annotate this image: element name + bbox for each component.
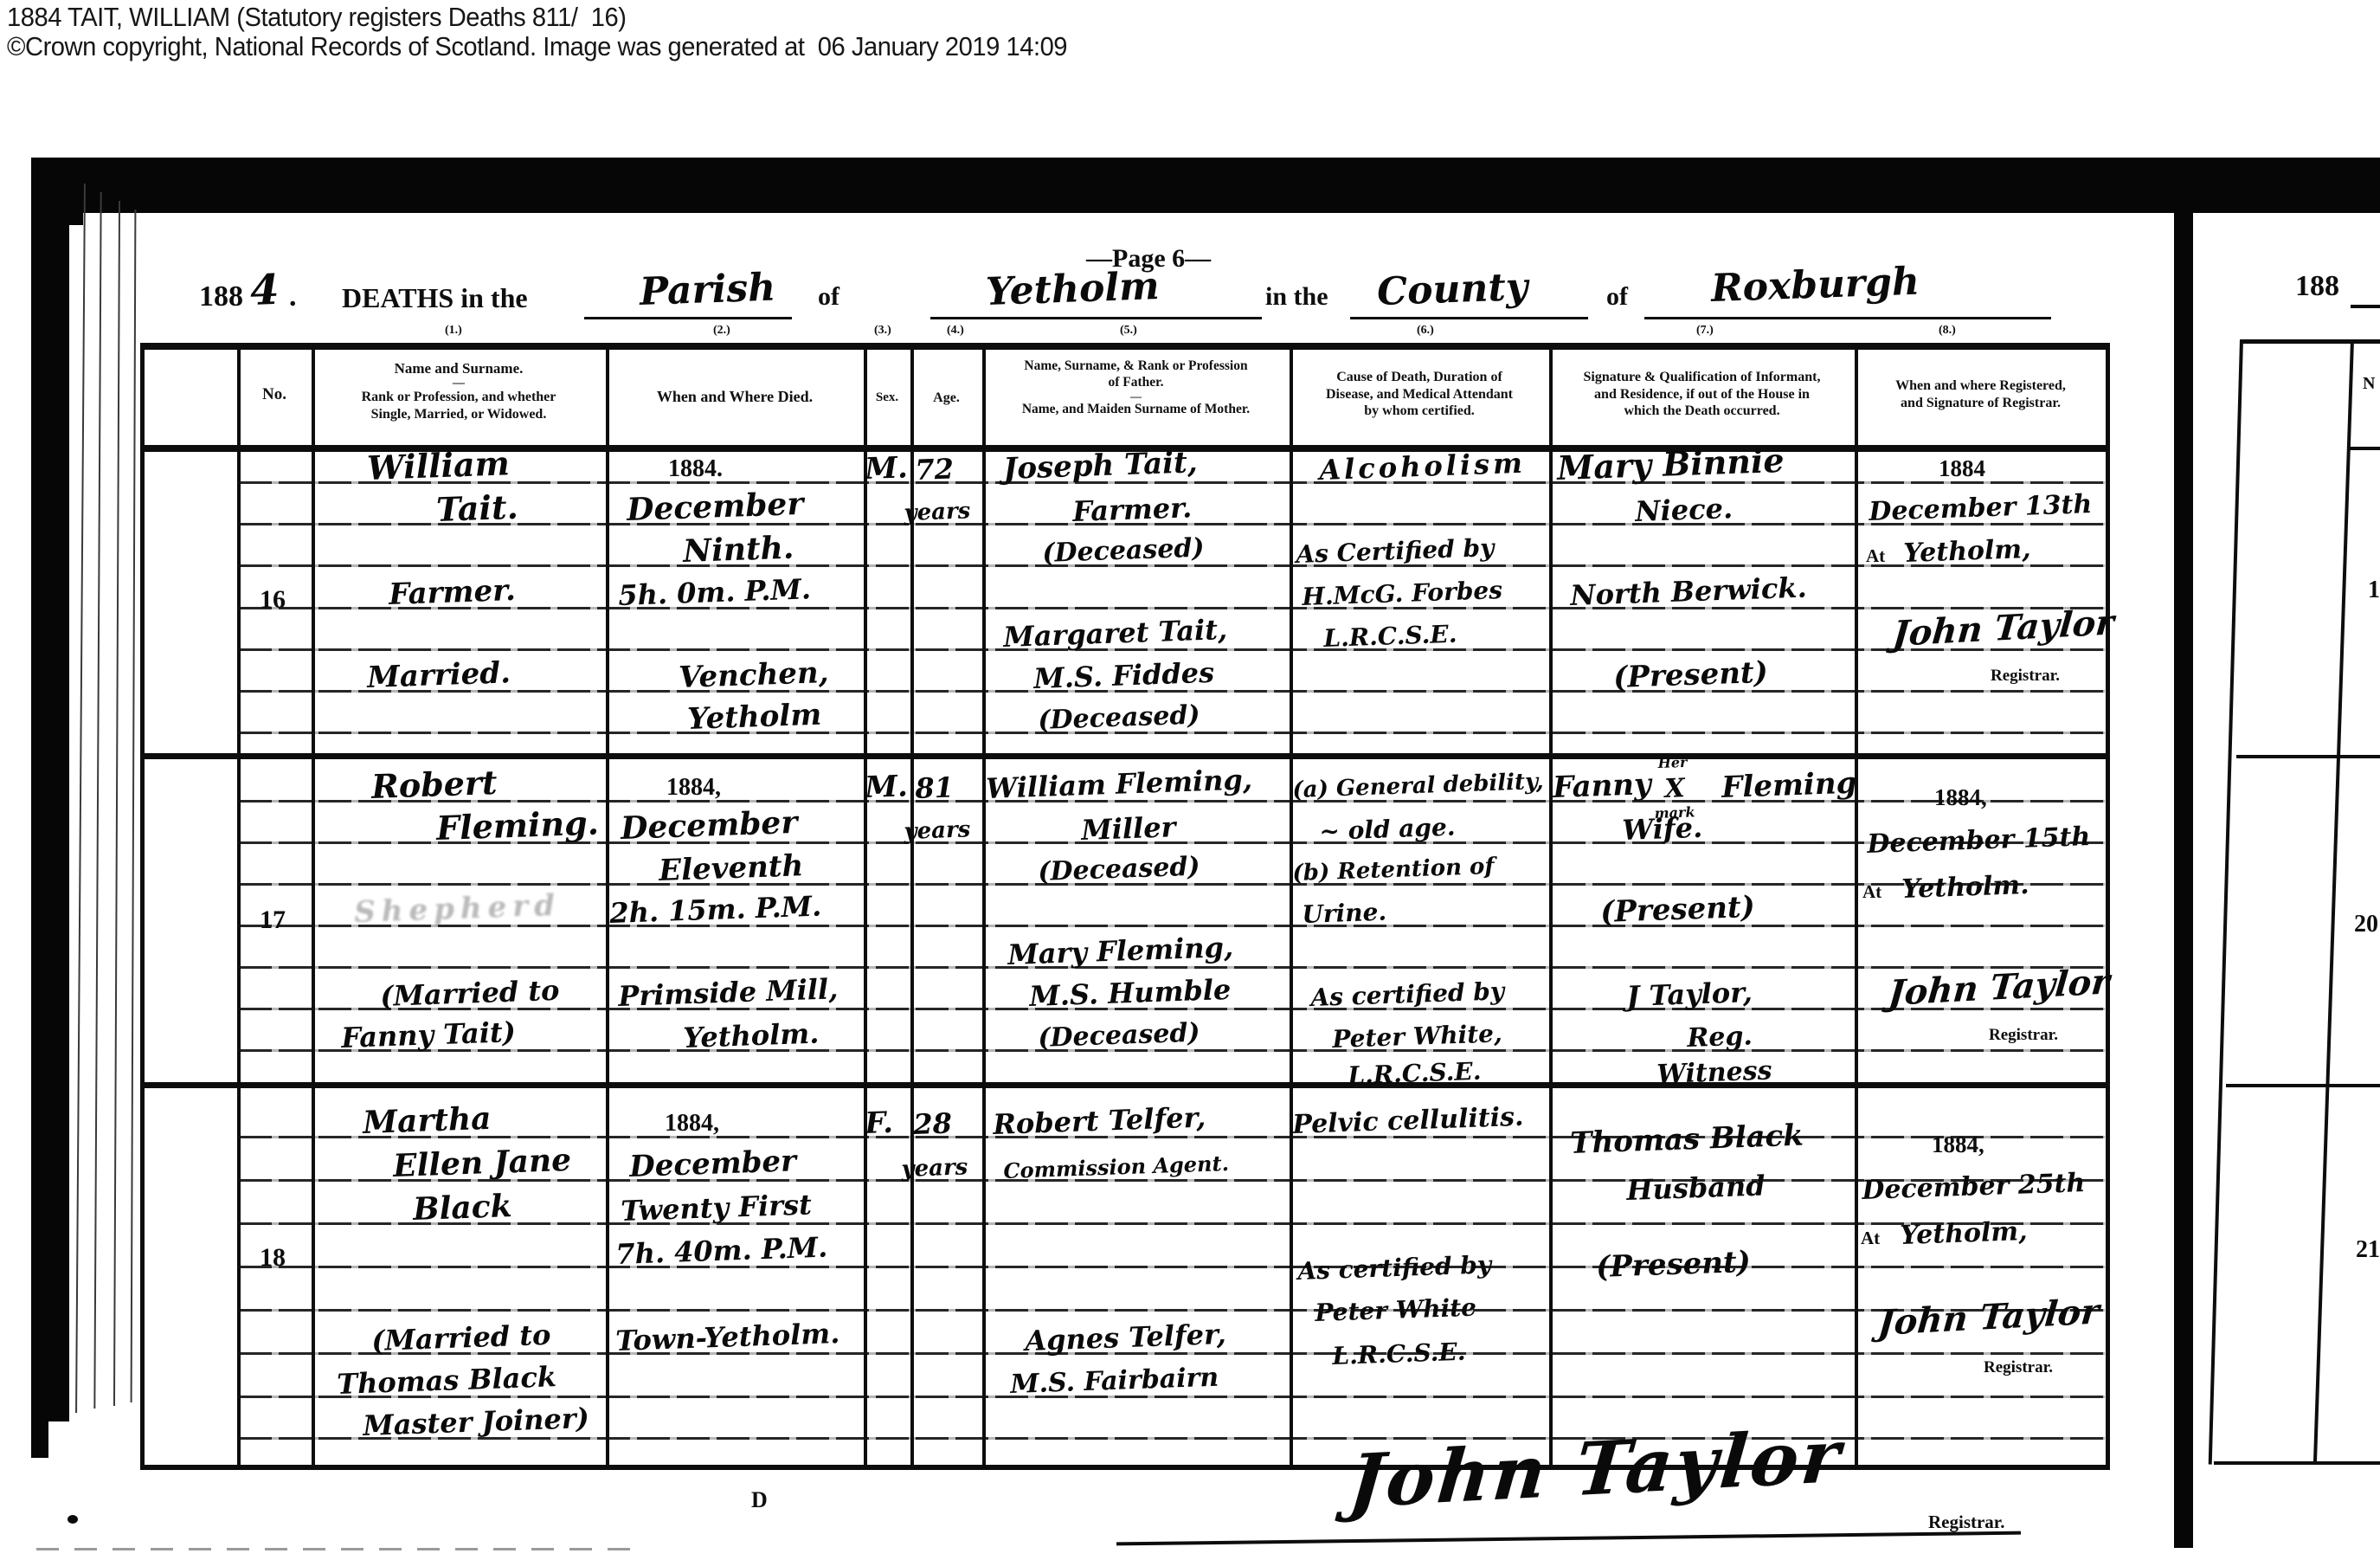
entry17-witness-reg: Reg. xyxy=(1687,1021,1753,1054)
entry16-informant-relation: Niece. xyxy=(1635,492,1734,528)
entry17-mother-deceased: (Deceased) xyxy=(1038,1017,1200,1054)
entry16-reg-year: 1884 xyxy=(1939,455,1985,482)
entry16-died-time: 5h. 0m. P.M. xyxy=(618,572,812,612)
entry18-cause: Pelvic cellulitis. xyxy=(1292,1102,1524,1140)
page-edge-line xyxy=(131,210,137,1402)
col-divider xyxy=(237,343,241,1470)
viewer-caption-line1: 1884 TAIT, WILLIAM (Statutory registers … xyxy=(7,2,626,33)
row17-bottom-border xyxy=(140,1082,2110,1088)
entry16-doctor: H.McG. Forbes xyxy=(1302,576,1503,611)
entry17-reg-date: December 15th xyxy=(1867,822,2091,860)
column-ref-3: (3.) xyxy=(874,324,891,338)
col-divider xyxy=(864,343,867,1470)
entry17-doctor: Peter White, xyxy=(1332,1019,1502,1054)
entry18-certified-by: As certified by xyxy=(1297,1250,1492,1286)
header-died: When and Where Died. xyxy=(606,388,864,407)
column-ref-4: (4.) xyxy=(947,324,964,338)
entry18-doctor: Peter White xyxy=(1315,1293,1477,1327)
entry17-married-to1: (Married to xyxy=(380,974,560,1013)
entry16-died-place1: Venchen, xyxy=(679,655,830,695)
entry16-age-unit: years xyxy=(904,498,971,526)
entry17-number: 17 xyxy=(260,906,286,935)
nextpage-bottom-border xyxy=(2214,1461,2380,1465)
entry17-father-occupation: Miller xyxy=(1081,810,1176,847)
entry17-registrar-label: Registrar. xyxy=(1989,1026,2058,1045)
entry17-age: 81 xyxy=(915,770,955,805)
entry16-informant-name: Mary Binnie xyxy=(1556,441,1785,487)
entry18-number: 18 xyxy=(260,1243,286,1273)
entry16-certified-by: As Certified by xyxy=(1296,533,1495,569)
col-divider xyxy=(982,343,986,1470)
screenshot-root: { "viewer": { "line1": "1884 TAIT, WILLI… xyxy=(0,0,2380,1560)
entry17-name-line: Robert xyxy=(370,763,498,806)
entry17-died-place2: Yetholm. xyxy=(683,1017,820,1054)
entry18-married-to3: Master Joiner) xyxy=(363,1402,590,1442)
entry17-informant-surname: Fleming xyxy=(1721,766,1857,805)
header-divider: — xyxy=(982,391,1290,402)
header-name: Name and Surname. — Rank or Profession, … xyxy=(312,360,606,422)
title-blank-underline xyxy=(1644,317,2051,319)
entry16-number: 16 xyxy=(260,585,286,615)
title-of-label2: of xyxy=(1606,282,1628,312)
entry18-informant-relation: Husband xyxy=(1626,1169,1766,1207)
nextpage-row-border xyxy=(2226,1084,2380,1087)
entry16-name-line: Tait. xyxy=(435,487,518,529)
entry17-cause-b2: Urine. xyxy=(1302,898,1387,929)
entry18-registrar-label: Registrar. xyxy=(1984,1358,2053,1377)
entry18-reg-date: December 25th xyxy=(1862,1168,2086,1206)
entry18-married-to1: (Married to xyxy=(371,1318,551,1357)
title-county-name: Roxburgh xyxy=(1710,260,1920,311)
entry17-mother-maiden: M.S. Humble xyxy=(1029,973,1232,1013)
entry17-mother-name: Mary Fleming, xyxy=(1007,931,1234,971)
col-divider xyxy=(1290,343,1293,1470)
entry17-father-deceased: (Deceased) xyxy=(1038,851,1200,887)
entry18-name-line: Black xyxy=(413,1188,513,1228)
entry18-age-unit: years xyxy=(901,1154,968,1183)
nextpage-row-number: 21 xyxy=(2356,1236,2380,1264)
nextpage-row-number: 20 xyxy=(2354,911,2378,938)
entry17-sex: M. xyxy=(865,769,909,805)
nextpage-year: 188 xyxy=(2295,270,2339,303)
viewer-caption-line2: ©Crown copyright, National Records of Sc… xyxy=(7,31,1067,62)
entry16-occupation: Farmer. xyxy=(389,573,517,612)
scan-border-nub xyxy=(69,213,83,225)
header-cause-line3: by whom certified. xyxy=(1290,403,1549,420)
entry18-mother-maiden: M.S. Fairbairn xyxy=(1010,1363,1219,1400)
entry17-witness-signature: J Taylor, xyxy=(1626,976,1753,1013)
col-divider xyxy=(312,343,315,1470)
entry17-her-label: Her xyxy=(1657,754,1687,771)
entry16-informant-present: (Present) xyxy=(1613,655,1769,695)
nextpage-year-underline xyxy=(2351,305,2380,308)
entry18-name-line: Martha xyxy=(363,1100,492,1141)
sheet-letter-mark: D xyxy=(751,1487,768,1513)
header-cause: Cause of Death, Duration of Disease, and… xyxy=(1290,369,1549,420)
entry16-died-place2: Yetholm xyxy=(687,698,822,737)
entry17-x-mark: X xyxy=(1664,773,1685,804)
header-cause-line2: Disease, and Medical Attendant xyxy=(1290,386,1549,403)
header-name-line2: Rank or Profession, and whether xyxy=(312,389,606,406)
column-ref-6: (6.) xyxy=(1417,324,1434,338)
nextpage-row-number: 1 xyxy=(2368,577,2380,604)
entry18-died-year: 1884, xyxy=(665,1110,719,1138)
title-blank-underline xyxy=(1350,317,1588,319)
entry17-certified-by: As certified by xyxy=(1310,977,1505,1012)
title-in-the-label: in the xyxy=(1265,282,1328,312)
entry16-registrar-signature: John Taylor xyxy=(1891,602,2116,654)
column-ref-2: (2.) xyxy=(713,324,730,338)
header-registered-line1: When and where Registered, xyxy=(1855,377,2107,395)
entry17-occupation-faded: Shepherd xyxy=(354,888,562,930)
entry18-reg-at-label: At xyxy=(1861,1228,1880,1249)
header-name-line1: Name and Surname. xyxy=(312,360,606,378)
entry18-died-place: Town-Yetholm. xyxy=(615,1317,840,1357)
page-edge-line xyxy=(93,192,101,1409)
entry17-cause-a2: ~ old age. xyxy=(1319,813,1456,846)
signature-underline xyxy=(1116,1531,2021,1546)
entry18-died-month: December xyxy=(629,1144,797,1184)
entry17-died-day: Eleventh xyxy=(659,848,804,888)
header-father-line3: Name, and Maiden Surname of Mother. xyxy=(982,402,1290,418)
entry17-father-name: William Fleming, xyxy=(986,763,1253,805)
entry16-doctor-credentials: L.R.C.S.E. xyxy=(1323,620,1457,653)
column-ref-8: (8.) xyxy=(1939,324,1956,338)
entry18-reg-year: 1884, xyxy=(1932,1131,1984,1158)
title-year-dot: . xyxy=(289,280,297,313)
nextpage-table-top xyxy=(2242,339,2380,344)
title-year-handwritten: 4 xyxy=(249,266,280,315)
column-ref-7: (7.) xyxy=(1696,324,1714,338)
entry16-marital-status: Married. xyxy=(367,655,511,695)
nextpage-no-header: N xyxy=(2363,374,2375,394)
entry16-father-occupation: Farmer. xyxy=(1072,491,1193,528)
scan-left-border xyxy=(31,158,69,1421)
table-top-border xyxy=(140,343,2110,350)
row16-bottom-border xyxy=(140,753,2110,759)
entry17-cause-a: (a) General debility, xyxy=(1292,769,1544,803)
nextpage-left-border xyxy=(2209,339,2243,1465)
page-edge-line xyxy=(75,184,86,1413)
entry16-reg-date: December 13th xyxy=(1869,489,2093,527)
col-divider xyxy=(1855,343,1858,1470)
title-blank-underline xyxy=(584,317,792,319)
entry16-mother-deceased: (Deceased) xyxy=(1038,699,1200,736)
entry17-died-year: 1884, xyxy=(666,774,721,802)
header-registered: When and where Registered, and Signature… xyxy=(1855,377,2107,411)
entry16-father-deceased: (Deceased) xyxy=(1042,532,1205,569)
title-page-number: —Page 6— xyxy=(1086,244,1211,274)
page-gutter-bar xyxy=(2174,213,2193,1548)
entry16-died-year: 1884. xyxy=(668,455,723,483)
header-informant-line1: Signature & Qualification of Informant, xyxy=(1549,369,1855,386)
entry17-witness-label: Witness xyxy=(1656,1055,1772,1090)
entry17-married-to2: Fanny Tait) xyxy=(341,1015,517,1054)
header-no: No. xyxy=(237,384,312,404)
entry18-informant-present: (Present) xyxy=(1596,1245,1752,1285)
entry16-sex: M. xyxy=(865,450,909,487)
entry18-married-to2: Thomas Black xyxy=(337,1360,557,1401)
entry17-died-month: December xyxy=(621,804,798,847)
table-right-border xyxy=(2106,343,2110,1470)
entry17-informant-present: (Present) xyxy=(1600,890,1756,930)
entry16-mother-maiden: M.S. Fiddes xyxy=(1033,656,1215,695)
header-cause-line1: Cause of Death, Duration of xyxy=(1290,369,1549,386)
page-registrar-label: Registrar. xyxy=(1928,1512,2004,1533)
header-informant-line2: and Residence, if out of the House in xyxy=(1549,386,1855,403)
entry18-mother-name: Agnes Telfer, xyxy=(1025,1318,1227,1357)
header-registered-line2: and Signature of Registrar. xyxy=(1855,395,2107,412)
entry18-name-line: Ellen Jane xyxy=(393,1142,572,1184)
title-of-label: of xyxy=(818,282,839,312)
entry17-registrar-signature: John Taylor xyxy=(1887,961,2112,1014)
table-left-border xyxy=(140,343,145,1470)
entry18-sex: F. xyxy=(865,1106,894,1141)
title-county-value: County xyxy=(1376,265,1528,314)
entry16-name-line: William xyxy=(366,443,510,487)
entry17-informant-relation: Wife. xyxy=(1622,811,1703,847)
scan-left-border-tail xyxy=(31,1421,48,1458)
entry16-age: 72 xyxy=(915,452,955,487)
ink-speck xyxy=(68,1515,78,1524)
entry18-informant-name: Thomas Black xyxy=(1570,1118,1804,1161)
title-deaths-label: DEATHS in the xyxy=(342,282,528,314)
header-sex: Sex. xyxy=(864,390,910,405)
entry16-died-month: December xyxy=(627,486,804,528)
entry16-registrar-label: Registrar. xyxy=(1991,667,2060,686)
title-parish-value: Parish xyxy=(639,266,776,314)
entry17-reg-at-label: At xyxy=(1862,881,1881,903)
page-edge-line xyxy=(113,201,120,1406)
header-father-line2: of Father. xyxy=(982,375,1290,391)
column-ref-1: (1.) xyxy=(445,324,462,338)
entry16-informant-residence: North Berwick. xyxy=(1570,570,1808,612)
header-age: Age. xyxy=(910,390,982,407)
header-name-line3: Single, Married, or Widowed. xyxy=(312,406,606,423)
header-informant-line3: which the Death occurred. xyxy=(1549,403,1855,420)
entry18-age: 28 xyxy=(913,1106,953,1141)
header-father: Name, Surname, & Rank or Profession of F… xyxy=(982,358,1290,417)
entry17-doctor-credentials: L.R.C.S.E. xyxy=(1348,1057,1482,1090)
entry16-died-day: Ninth. xyxy=(683,530,794,570)
entry18-died-day: Twenty First xyxy=(621,1188,813,1228)
nextpage-row-border xyxy=(2236,755,2380,758)
column-ref-5: (5.) xyxy=(1120,324,1137,338)
entry16-father-name: Joseph Tait, xyxy=(1003,445,1199,487)
entry17-name-line: Fleming. xyxy=(435,803,599,848)
header-informant: Signature & Qualification of Informant, … xyxy=(1549,369,1855,420)
title-blank-underline xyxy=(930,317,1262,319)
header-father-line1: Name, Surname, & Rank or Profession xyxy=(982,358,1290,375)
entry17-informant-firstname: Fanny xyxy=(1553,767,1652,805)
entry18-doctor-credentials: L.R.C.S.E. xyxy=(1332,1338,1466,1370)
entry16-mother-name: Margaret Tait, xyxy=(1003,613,1228,654)
title-year-printed: 188 xyxy=(199,280,243,313)
nextpage-header-border xyxy=(2347,447,2380,450)
entry17-died-place1: Primside Mill, xyxy=(618,972,839,1013)
scan-top-border xyxy=(31,158,2380,213)
entry17-reg-place: Yetholm. xyxy=(1901,870,2029,905)
col-divider xyxy=(1549,343,1553,1470)
entry18-registrar-signature: John Taylor xyxy=(1876,1291,2101,1344)
entry16-reg-at-label: At xyxy=(1866,545,1885,567)
nextpage-col-divider xyxy=(2313,339,2354,1464)
entry16-reg-place: Yetholm, xyxy=(1903,534,2031,569)
entry17-reg-year: 1884, xyxy=(1934,784,1987,811)
entry17-cause-b: (b) Retention of xyxy=(1292,854,1495,886)
bottom-page-edge xyxy=(36,1548,642,1550)
page-registrar-signature: John Taylor xyxy=(1346,1413,1846,1525)
entry18-reg-place: Yetholm, xyxy=(1900,1216,2028,1251)
header-divider: — xyxy=(312,378,606,390)
entry17-age-unit: years xyxy=(904,816,971,845)
